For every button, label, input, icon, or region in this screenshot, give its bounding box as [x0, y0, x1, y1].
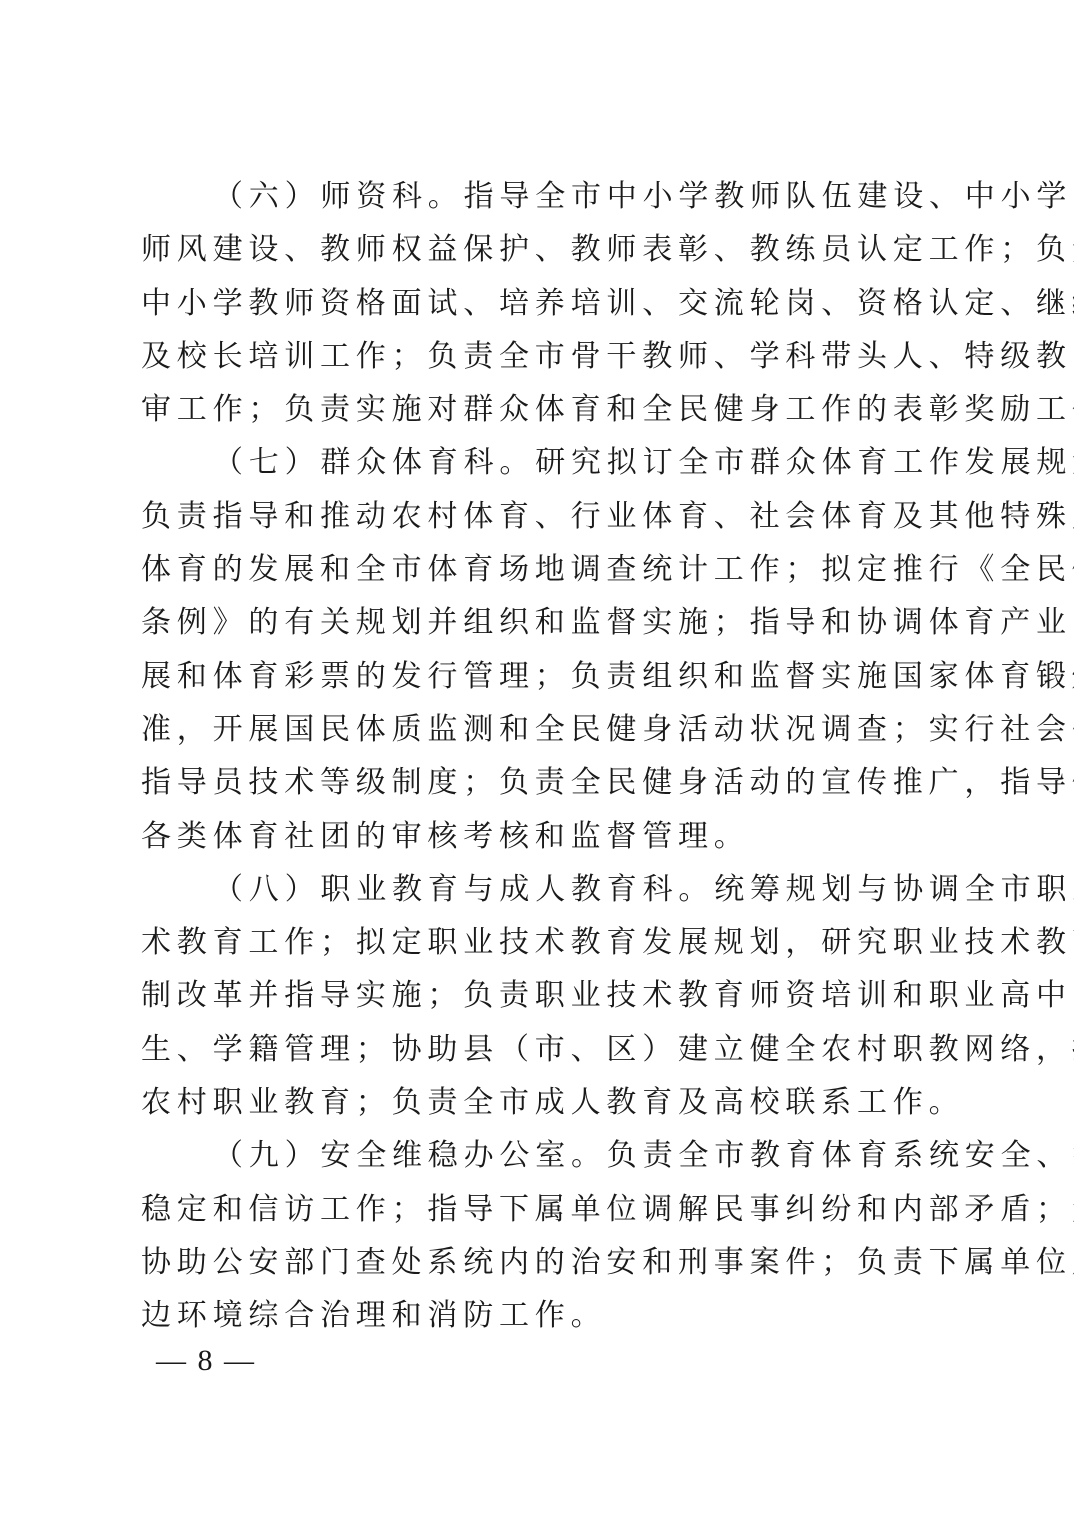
- text-line: 及校长培训工作；负责全市骨干教师、学科带头人、特级教师等评: [141, 330, 937, 383]
- text-line: 条例》的有关规划并组织和监督实施；指导和协调体育产业的发: [141, 596, 937, 649]
- text-line: 协助公安部门查处系统内的治安和刑事案件；负责下属单位及周: [141, 1236, 937, 1289]
- text-line: 审工作；负责实施对群众体育和全民健身工作的表彰奖励工作。: [141, 383, 937, 436]
- text-line: （八）职业教育与成人教育科。统筹规划与协调全市职业技: [141, 863, 937, 916]
- paragraph-section-8: （八）职业教育与成人教育科。统筹规划与协调全市职业技 术教育工作；拟定职业技术教…: [141, 863, 937, 1129]
- text-line: 负责指导和推动农村体育、行业体育、社会体育及其他特殊人群: [141, 490, 937, 543]
- text-line: 展和体育彩票的发行管理；负责组织和监督实施国家体育锻炼标: [141, 650, 937, 703]
- text-line: 制改革并指导实施；负责职业技术教育师资培训和职业高中的招: [141, 969, 937, 1022]
- text-line: （九）安全维稳办公室。负责全市教育体育系统安全、维护: [141, 1129, 937, 1182]
- page-number: — 8 —: [156, 1344, 256, 1378]
- paragraph-section-9: （九）安全维稳办公室。负责全市教育体育系统安全、维护 稳定和信访工作；指导下属单…: [141, 1129, 937, 1342]
- text-line: 农村职业教育；负责全市成人教育及高校联系工作。: [141, 1076, 937, 1129]
- text-line: 指导员技术等级制度；负责全民健身活动的宣传推广，指导做好: [141, 756, 937, 809]
- text-line: 师风建设、教师权益保护、教师表彰、教练员认定工作；负责全市: [141, 223, 937, 276]
- text-line: 稳定和信访工作；指导下属单位调解民事纠纷和内部矛盾；负责: [141, 1183, 937, 1236]
- paragraph-section-6: （六）师资科。指导全市中小学教师队伍建设、中小学师德 师风建设、教师权益保护、教…: [141, 170, 937, 436]
- text-line: 各类体育社团的审核考核和监督管理。: [141, 810, 937, 863]
- document-page: （六）师资科。指导全市中小学教师队伍建设、中小学师德 师风建设、教师权益保护、教…: [0, 0, 1074, 1520]
- document-body: （六）师资科。指导全市中小学教师队伍建设、中小学师德 师风建设、教师权益保护、教…: [141, 170, 937, 1343]
- text-line: （六）师资科。指导全市中小学教师队伍建设、中小学师德: [141, 170, 937, 223]
- text-line: 生、学籍管理；协助县（市、区）建立健全农村职教网络，指导: [141, 1023, 937, 1076]
- text-line: 术教育工作；拟定职业技术教育发展规划，研究职业技术教育体: [141, 916, 937, 969]
- text-line: 边环境综合治理和消防工作。: [141, 1289, 937, 1342]
- text-line: 中小学教师资格面试、培养培训、交流轮岗、资格认定、继续教育: [141, 277, 937, 330]
- text-line: （七）群众体育科。研究拟订全市群众体育工作发展规划，: [141, 436, 937, 489]
- text-line: 体育的发展和全市体育场地调查统计工作；拟定推行《全民健身: [141, 543, 937, 596]
- text-line: 准，开展国民体质监测和全民健身活动状况调查；实行社会体育: [141, 703, 937, 756]
- paragraph-section-7: （七）群众体育科。研究拟订全市群众体育工作发展规划， 负责指导和推动农村体育、行…: [141, 436, 937, 862]
